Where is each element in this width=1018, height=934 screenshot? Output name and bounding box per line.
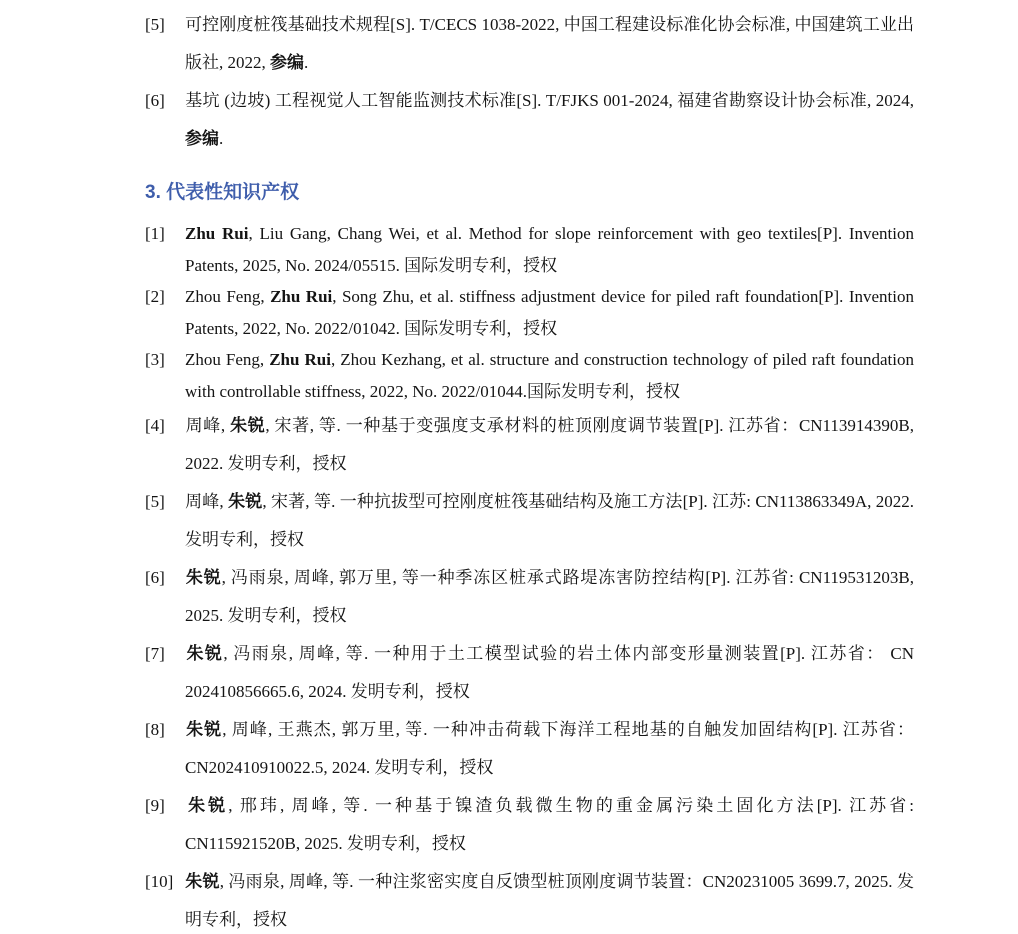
reference-marker: [10] [145, 863, 185, 901]
reference-text-segment: . [304, 53, 308, 72]
reference-text-segment: , 周峰, 王燕杰, 郭万里, 等. [222, 720, 433, 739]
reference-marker: [6] [145, 82, 185, 120]
reference-text-segment: 朱锐 [185, 568, 222, 587]
patent-reference-list: [1] Zhu Rui, Liu Gang, Chang Wei, et al.… [145, 218, 914, 934]
reference-text-segment: 周峰, [185, 416, 230, 435]
reference-item: [2] Zhou Feng, Zhu Rui, Song Zhu, et al.… [145, 281, 914, 344]
reference-text-segment: Zhou Feng, [185, 350, 269, 369]
reference-text-segment: 发明专利，授权 [351, 682, 470, 701]
reference-text-segment: Zhou Feng, [185, 287, 270, 306]
reference-marker: [5] [145, 6, 185, 44]
standards-reference-list: [5] 可控刚度桩筏基础技术规程[S]. T/CECS 1038-2022, 中… [145, 6, 914, 158]
reference-marker: [9] [145, 787, 185, 825]
reference-text-segment: ：CN20231005 3699.7, 2025. [685, 872, 897, 891]
reference-marker: [1] [145, 218, 185, 250]
reference-item: [7] 朱锐, 冯雨泉, 周峰, 等. 一种用于土工模型试验的岩土体内部变形量测… [145, 635, 914, 711]
reference-text-segment: . [219, 129, 223, 148]
reference-text-segment: 朱锐 [185, 872, 220, 891]
reference-marker: [8] [145, 711, 185, 749]
reference-text-segment: 周峰, [185, 492, 228, 511]
reference-text-segment: Zhu Rui [269, 350, 331, 369]
reference-text-segment: 一种基于变强度支承材料的桩顶刚度调节装置 [346, 416, 699, 435]
reference-marker: [6] [145, 559, 185, 597]
reference-marker: [2] [145, 281, 185, 313]
reference-text-segment: 朱锐 [185, 720, 222, 739]
reference-text-segment: 一种用于土工模型试验的岩土体内部变形量测装置 [374, 644, 780, 663]
reference-text-segment: 一种抗拔型可控刚度桩筏基础结构及施工方法 [340, 492, 683, 511]
reference-text-segment: 一种注浆密实度自反馈型桩顶刚度调节装置 [358, 872, 685, 891]
reference-item: [8] 朱锐, 周峰, 王燕杰, 郭万里, 等. 一种冲击荷载下海洋工程地基的自… [145, 711, 914, 787]
reference-item: [4] 周峰, 朱锐, 宋著, 等. 一种基于变强度支承材料的桩顶刚度调节装置[… [145, 407, 914, 483]
reference-item: [10] 朱锐, 冯雨泉, 周峰, 等. 一种注浆密实度自反馈型桩顶刚度调节装置… [145, 863, 914, 934]
reference-text-segment: 国际发明专利，授权 [404, 256, 557, 275]
reference-text-segment: 发明专利，授权 [347, 834, 466, 853]
reference-text-segment: [P]. 江苏: CN113863349A, 2022. [683, 492, 914, 511]
reference-marker: [3] [145, 344, 185, 376]
reference-text-segment: 一种基于镍渣负载微生物的重金属污染土固化方法 [375, 796, 817, 815]
section-title: 代表性知识产权 [166, 182, 299, 203]
reference-text-segment: 国际发明专利，授权 [527, 382, 680, 401]
reference-item: [3] Zhou Feng, Zhu Rui, Zhou Kezhang, et… [145, 344, 914, 407]
reference-marker: [5] [145, 483, 185, 521]
reference-text-segment: 朱锐 [185, 796, 228, 815]
reference-text-segment: 一种季冻区桩承式路堤冻害防控结构 [420, 568, 706, 587]
reference-text-segment: 发明专利，授权 [374, 758, 493, 777]
reference-text-segment: 一种冲击荷载下海洋工程地基的自触发加固结构 [433, 720, 813, 739]
reference-text-segment: , 冯雨泉, 周峰, 等. [220, 872, 358, 891]
reference-marker: [7] [145, 635, 185, 673]
reference-text-segment: , 宋著, 等. [265, 416, 345, 435]
reference-item: [1] Zhu Rui, Liu Gang, Chang Wei, et al.… [145, 218, 914, 281]
reference-text-segment: 参编 [270, 53, 304, 72]
reference-marker: [4] [145, 407, 185, 445]
reference-text-segment: 朱锐 [185, 644, 223, 663]
section-number: 3. [145, 182, 161, 203]
reference-item: [5] 可控刚度桩筏基础技术规程[S]. T/CECS 1038-2022, 中… [145, 6, 914, 82]
reference-item: [6] 朱锐, 冯雨泉, 周峰, 郭万里, 等一种季冻区桩承式路堤冻害防控结构[… [145, 559, 914, 635]
reference-text-segment: Zhu Rui [185, 224, 248, 243]
reference-text-segment: Zhu Rui [270, 287, 332, 306]
reference-text-segment: , 冯雨泉, 周峰, 等. [223, 644, 374, 663]
reference-text-segment: , 宋著, 等. [262, 492, 339, 511]
reference-text-segment: 发明专利，授权 [228, 606, 347, 625]
reference-item: [9] 朱锐, 邢玮, 周峰, 等. 一种基于镍渣负载微生物的重金属污染土固化方… [145, 787, 914, 863]
reference-text-segment: 基坑 (边坡) 工程视觉人工智能监测技术标准[S]. T/FJKS 001-20… [185, 91, 914, 110]
reference-text-segment: 朱锐 [228, 492, 262, 511]
section-heading: 3. 代表性知识产权 [145, 180, 914, 206]
reference-text-segment: 国际发明专利，授权 [404, 319, 557, 338]
reference-text-segment: 朱锐 [230, 416, 265, 435]
reference-text-segment: , 冯雨泉, 周峰, 郭万里, 等 [222, 568, 420, 587]
reference-text-segment: 发明专利，授权 [228, 454, 347, 473]
reference-text-segment: , 邢玮, 周峰, 等. [228, 796, 375, 815]
document-page: [5] 可控刚度桩筏基础技术规程[S]. T/CECS 1038-2022, 中… [0, 0, 1018, 934]
reference-text-segment: 参编 [185, 129, 219, 148]
reference-item: [5] 周峰, 朱锐, 宋著, 等. 一种抗拔型可控刚度桩筏基础结构及施工方法[… [145, 483, 914, 559]
reference-item: [6] 基坑 (边坡) 工程视觉人工智能监测技术标准[S]. T/FJKS 00… [145, 82, 914, 158]
reference-text-segment: 发明专利，授权 [185, 530, 304, 549]
